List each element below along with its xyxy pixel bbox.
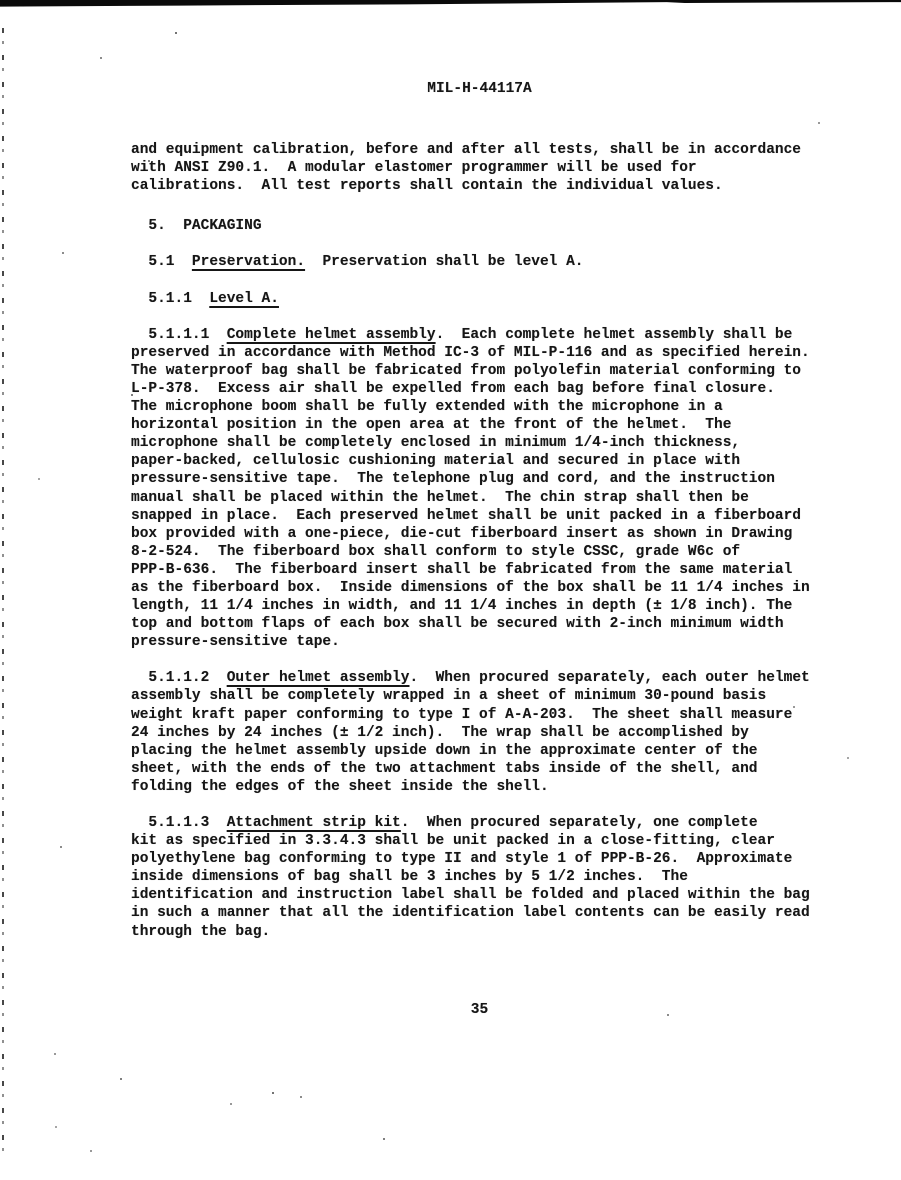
scan-noise-specks (0, 0, 2, 2)
doc-number: MIL-H-44117A (131, 80, 828, 98)
section-number: 5.1.1.3 (131, 815, 227, 831)
section-5-1-1-3: 5.1.1.3 Attachment strip kit. When procu… (131, 814, 828, 941)
section-5-1: 5.1 Preservation. Preservation shall be … (131, 253, 828, 271)
section-5-1-1: 5.1.1 Level A. (131, 290, 828, 308)
section-5-1-1-1: 5.1.1.1 Complete helmet assembly. Each c… (131, 326, 828, 652)
section-body: . When procured separately, each outer h… (131, 670, 810, 795)
section-number: 5.1.1.1 (131, 327, 227, 343)
section-number: 5.1.1 (131, 291, 209, 307)
document-page: MIL-H-44117A and equipment calibration, … (0, 0, 901, 1180)
section-body: Preservation shall be level A. (305, 254, 583, 270)
page-content: MIL-H-44117A and equipment calibration, … (0, 80, 828, 1019)
section-title: Attachment strip kit (227, 815, 401, 831)
section-title: Preservation. (192, 254, 305, 270)
scan-top-edge-artifact (0, 0, 901, 7)
page-number: 35 (131, 1001, 828, 1019)
section-number: 5.1 (131, 254, 192, 270)
section-number: 5.1.1.2 (131, 670, 227, 686)
section-number: 5. (131, 218, 183, 234)
section-5-heading: 5. PACKAGING (131, 217, 828, 235)
intro-paragraph: and equipment calibration, before and af… (131, 141, 828, 195)
section-body: . When procured separately, one complete… (131, 815, 810, 940)
section-title: Outer helmet assembly (227, 670, 410, 686)
section-title: Complete helmet assembly (227, 327, 436, 343)
section-title: PACKAGING (183, 218, 261, 234)
section-title: Level A. (209, 291, 279, 307)
section-5-1-1-2: 5.1.1.2 Outer helmet assembly. When proc… (131, 669, 828, 796)
section-body: . Each complete helmet assembly shall be… (131, 327, 810, 651)
